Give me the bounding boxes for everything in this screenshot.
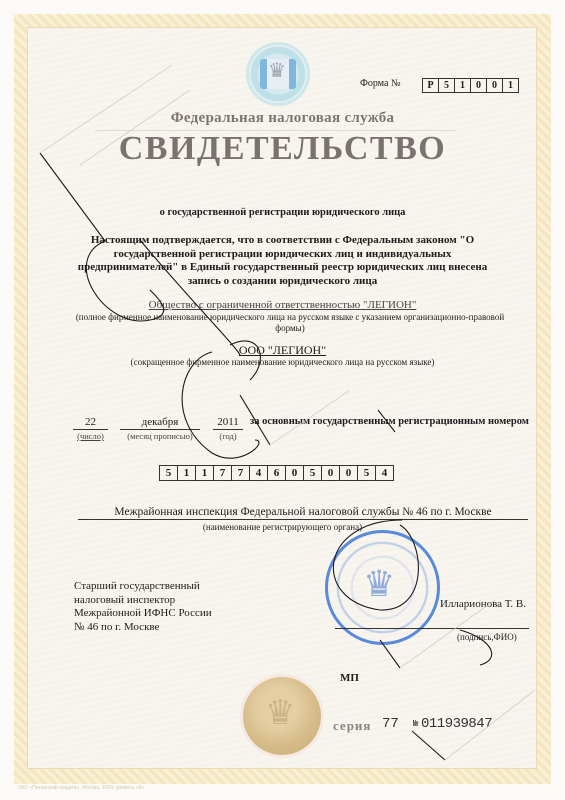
day-caption: (число) <box>73 431 108 441</box>
ogrn-digit: 1 <box>196 465 214 481</box>
form-code-boxes: Р 5 1 0 0 1 <box>422 78 519 93</box>
form-code-char: 1 <box>503 78 519 93</box>
ogrn-digit: 7 <box>214 465 232 481</box>
full-name-caption: (полное фирменное наименование юридическ… <box>60 312 520 334</box>
number-sign: № <box>413 719 418 729</box>
form-code-char: 0 <box>471 78 487 93</box>
year-caption: (год) <box>213 431 243 441</box>
ogrn-boxes: 5 1 1 7 7 4 6 0 5 0 0 5 4 <box>159 465 394 481</box>
ogrn-digit: 0 <box>286 465 304 481</box>
full-company-name: Общество с ограниченной ответственностью… <box>0 299 565 311</box>
inspector-title: Старший государственный налоговый инспек… <box>74 580 212 634</box>
ogrn-digit: 4 <box>376 465 394 481</box>
series-label: серия <box>333 718 371 734</box>
form-label: Форма № <box>360 78 401 89</box>
gold-seal-icon: ♛ <box>243 677 321 755</box>
form-code-char: 0 <box>487 78 503 93</box>
short-name-caption: (сокращенное фирменное наименование юрид… <box>0 357 565 367</box>
month-caption: (месяц прописью) <box>120 431 200 441</box>
ogrn-digit: 0 <box>340 465 358 481</box>
serial-number: 011939847 <box>421 716 492 732</box>
seal-place-label: МП <box>340 672 359 684</box>
signer-name: Илларионова Т. В. <box>440 598 535 610</box>
document-subtitle: о государственной регистрации юридическо… <box>0 207 565 218</box>
document-title: СВИДЕТЕЛЬСТВО <box>0 130 565 168</box>
ogrn-digit: 5 <box>358 465 376 481</box>
intro-paragraph: Настоящим подтверждается, что в соответс… <box>70 234 495 288</box>
printer-footer: ЗАО «Петрограф-защита», Москва, 2009, ур… <box>18 785 145 791</box>
series-value: 77 <box>382 716 399 732</box>
signature-line <box>335 628 529 629</box>
ogrn-digit: 5 <box>304 465 322 481</box>
authority-caption: (наименование регистрирующего органа) <box>0 522 565 532</box>
form-code-char: 1 <box>455 78 471 93</box>
registration-day: 22 <box>73 415 108 430</box>
form-code-char: 5 <box>439 78 455 93</box>
registration-number-label: за основным государственным регистрацион… <box>250 416 529 427</box>
ogrn-digit: 7 <box>232 465 250 481</box>
ogrn-digit: 4 <box>250 465 268 481</box>
registration-year: 2011 <box>213 415 243 430</box>
ogrn-digit: 0 <box>322 465 340 481</box>
signature-caption: (подпись,ФИО) <box>457 632 517 642</box>
agency-name: Федеральная налоговая служба <box>0 110 565 127</box>
registration-month: декабря <box>120 415 200 430</box>
ogrn-digit: 6 <box>268 465 286 481</box>
registering-authority: Межрайонная инспекция Федеральной налого… <box>78 505 528 520</box>
short-company-name: ООО "ЛЕГИОН" <box>0 343 565 358</box>
ogrn-digit: 5 <box>159 465 178 481</box>
form-code-char: Р <box>422 78 439 93</box>
ogrn-digit: 1 <box>178 465 196 481</box>
hologram-emblem-icon: ♛ <box>246 42 310 106</box>
